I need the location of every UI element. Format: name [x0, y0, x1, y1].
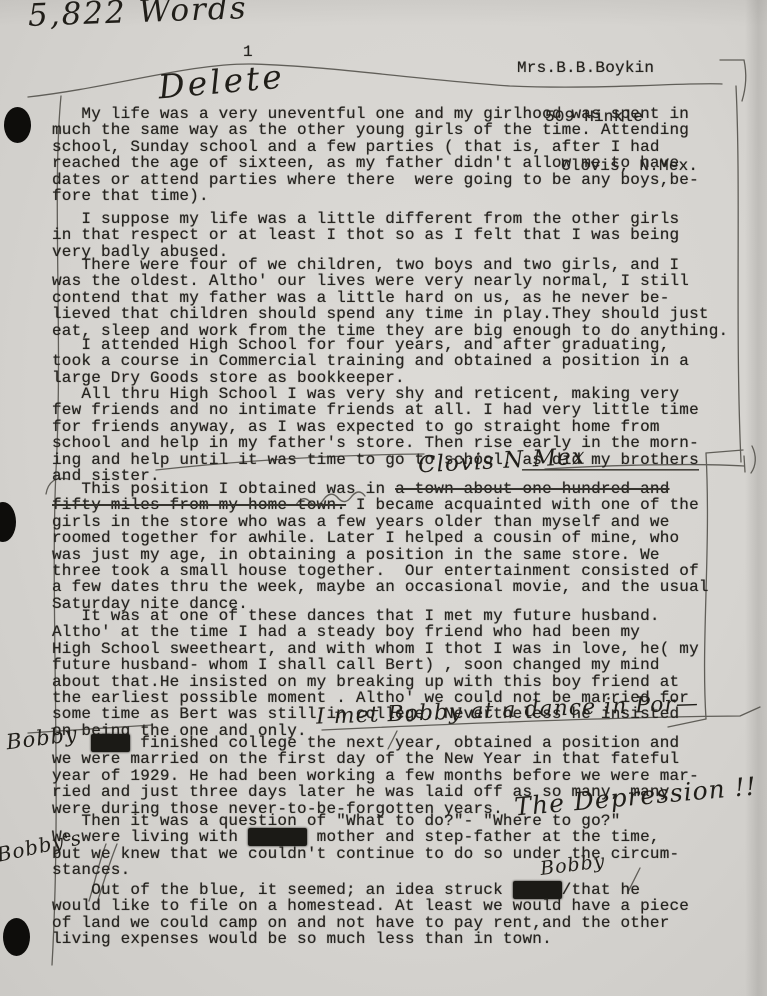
word-count-note: 5,822 Words	[27, 0, 248, 34]
hole-punch	[3, 918, 30, 956]
paragraph: All thru High School I was very shy and …	[52, 386, 747, 484]
paragraph: I attended High School for four years, a…	[52, 337, 747, 386]
manuscript-page: 5,822 Words 1 Mrs.B.B.Boykin 509 Hinkle …	[0, 0, 767, 996]
page-number: 1	[243, 44, 253, 60]
paragraph: My life was a very uneventful one and my…	[52, 106, 747, 204]
corner-hook	[720, 60, 746, 101]
paper-edge	[745, 0, 767, 996]
hole-punch	[4, 107, 31, 143]
delete-annotation: Delete	[157, 57, 287, 107]
address-line: Mrs.B.B.Boykin	[517, 60, 698, 76]
paragraph: Then it was a question of "What to do?"-…	[52, 813, 747, 879]
paragraph: Out of the blue, it seemed; an idea stru…	[52, 882, 747, 948]
paragraph: This position I obtained was in a town a…	[52, 481, 747, 612]
paragraph: I suppose my life was a little different…	[52, 211, 747, 260]
hole-punch	[0, 502, 16, 542]
paragraph: There were four of we children, two boys…	[52, 257, 747, 339]
